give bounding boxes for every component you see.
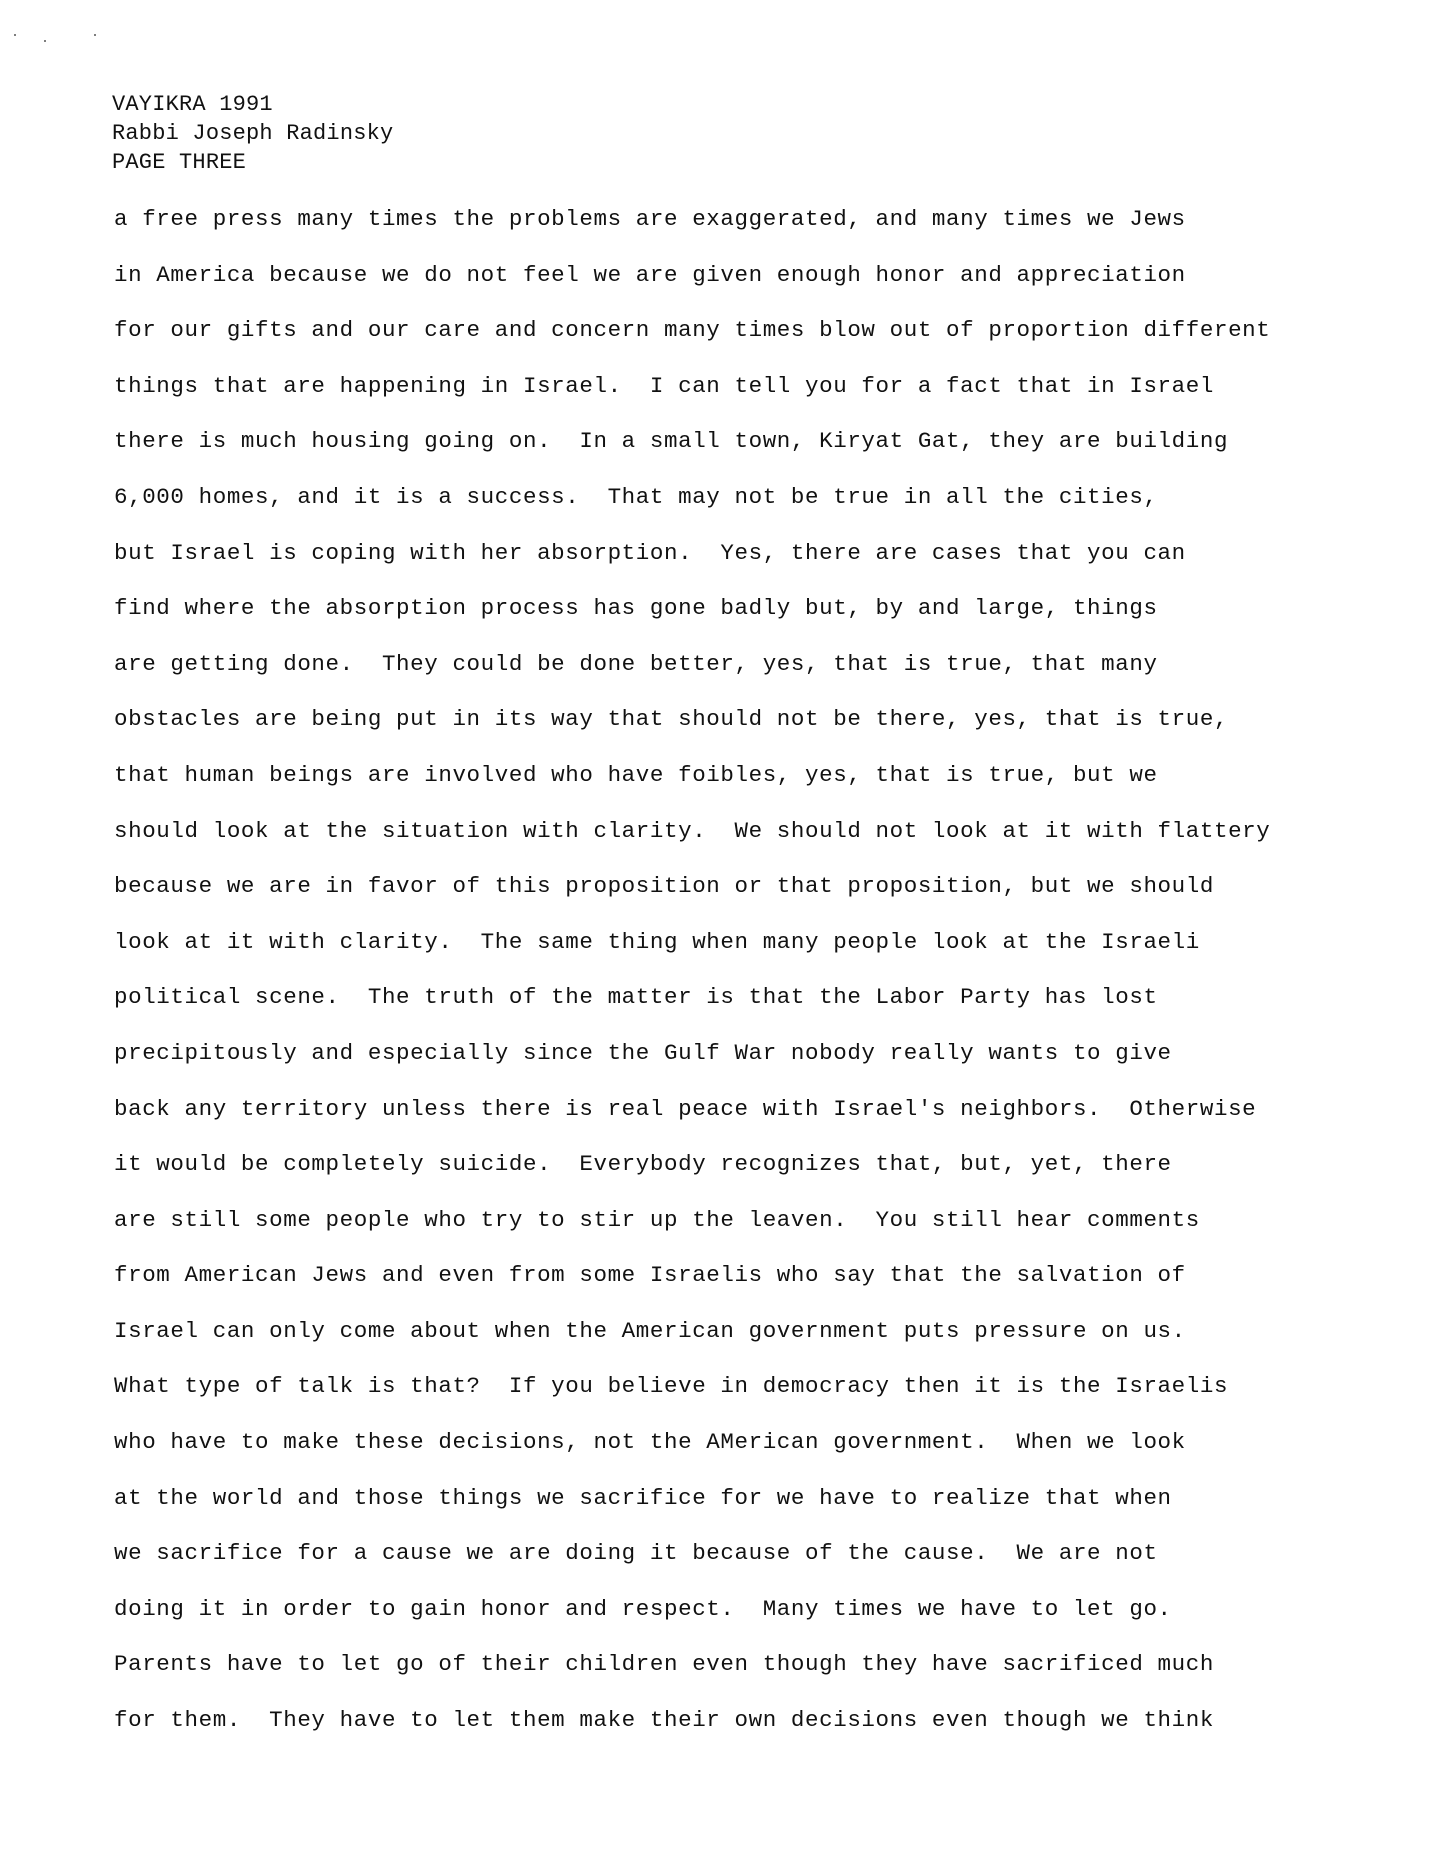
document-body: a free press many times the problems are… [114,192,1270,1749]
document-title: VAYIKRA 1991 [112,90,393,119]
text-line: back any territory unless there is real … [114,1082,1270,1138]
text-line: are still some people who try to stir up… [114,1193,1270,1249]
text-line: who have to make these decisions, not th… [114,1415,1270,1471]
text-line: 6,000 homes, and it is a success. That m… [114,470,1270,526]
text-line: What type of talk is that? If you believ… [114,1359,1270,1415]
text-line: things that are happening in Israel. I c… [114,359,1270,415]
text-line: Parents have to let go of their children… [114,1637,1270,1693]
text-line: obstacles are being put in its way that … [114,692,1270,748]
text-line: should look at the situation with clarit… [114,804,1270,860]
text-line: for them. They have to let them make the… [114,1693,1270,1749]
text-line: precipitously and especially since the G… [114,1026,1270,1082]
text-line: because we are in favor of this proposit… [114,859,1270,915]
text-line: it would be completely suicide. Everybod… [114,1137,1270,1193]
text-line: a free press many times the problems are… [114,192,1270,248]
scan-speck [14,34,16,36]
document-header: VAYIKRA 1991 Rabbi Joseph Radinsky PAGE … [112,90,393,177]
text-line: from American Jews and even from some Is… [114,1248,1270,1304]
text-line: in America because we do not feel we are… [114,248,1270,304]
text-line: doing it in order to gain honor and resp… [114,1582,1270,1638]
text-line: at the world and those things we sacrifi… [114,1471,1270,1527]
text-line: political scene. The truth of the matter… [114,970,1270,1026]
text-line: look at it with clarity. The same thing … [114,915,1270,971]
text-line: find where the absorption process has go… [114,581,1270,637]
text-line: are getting done. They could be done bet… [114,637,1270,693]
scan-speck [44,40,46,42]
text-line: that human beings are involved who have … [114,748,1270,804]
text-line: for our gifts and our care and concern m… [114,303,1270,359]
document-author: Rabbi Joseph Radinsky [112,119,393,148]
scan-speck [94,34,96,36]
text-line: we sacrifice for a cause we are doing it… [114,1526,1270,1582]
text-line: there is much housing going on. In a sma… [114,414,1270,470]
page-label: PAGE THREE [112,148,393,177]
text-line: Israel can only come about when the Amer… [114,1304,1270,1360]
text-line: but Israel is coping with her absorption… [114,526,1270,582]
